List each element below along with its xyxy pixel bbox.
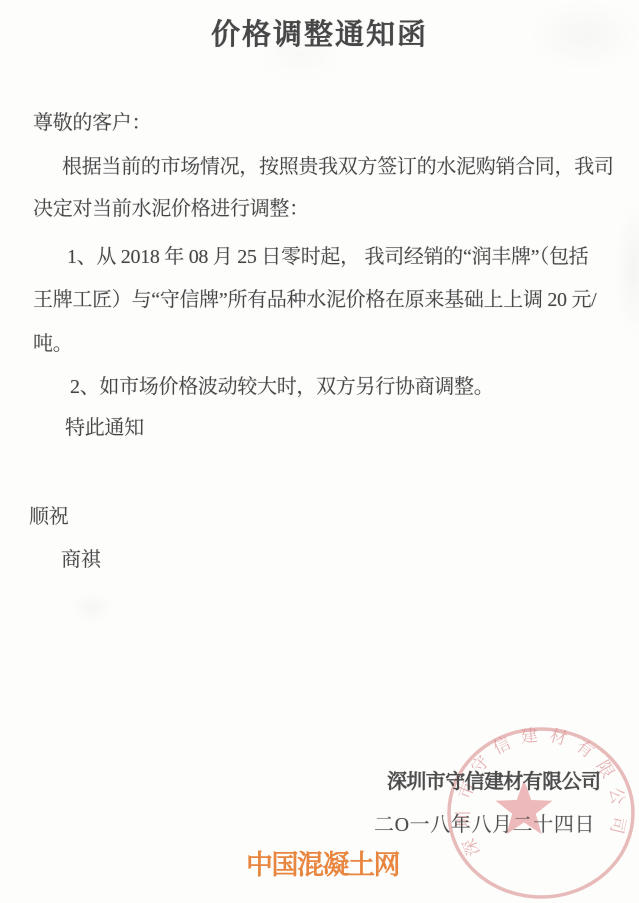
notice-line: 特此通知 — [65, 411, 144, 440]
item1-line3: 吨。 — [33, 327, 72, 356]
paragraph1-line1: 根据当前的市场情况，按照贵我双方签订的水泥购销合同，我司 — [62, 150, 614, 179]
item1-line2: 王牌工匠）与“守信牌”所有品种水泥价格在原来基础上上调 20 元/ — [33, 283, 596, 312]
salutation-line: 尊敬的客户： — [33, 106, 151, 135]
site-watermark: 中国混凝土网 — [246, 843, 399, 882]
closing-line2: 商祺 — [61, 543, 100, 572]
item1-line1: 1、从 2018 年 08 月 25 日零时起， 我司经销的“润丰牌”（包括 — [67, 240, 588, 269]
closing-line1: 顺祝 — [29, 500, 68, 529]
document-title: 价格调整通知函 — [0, 12, 639, 53]
signature-date: 二O一八年八月二十四日 — [374, 808, 595, 837]
signature-company: 深圳市守信建材有限公司 — [387, 765, 600, 794]
scanned-notice-document: 价格调整通知函 尊敬的客户： 根据当前的市场情况，按照贵我双方签订的水泥购销合同… — [0, 0, 639, 903]
item2-line: 2、如市场价格波动较大时，双方另行协商调整。 — [70, 370, 493, 399]
paragraph1-line2: 决定对当前水泥价格进行调整： — [33, 192, 309, 221]
